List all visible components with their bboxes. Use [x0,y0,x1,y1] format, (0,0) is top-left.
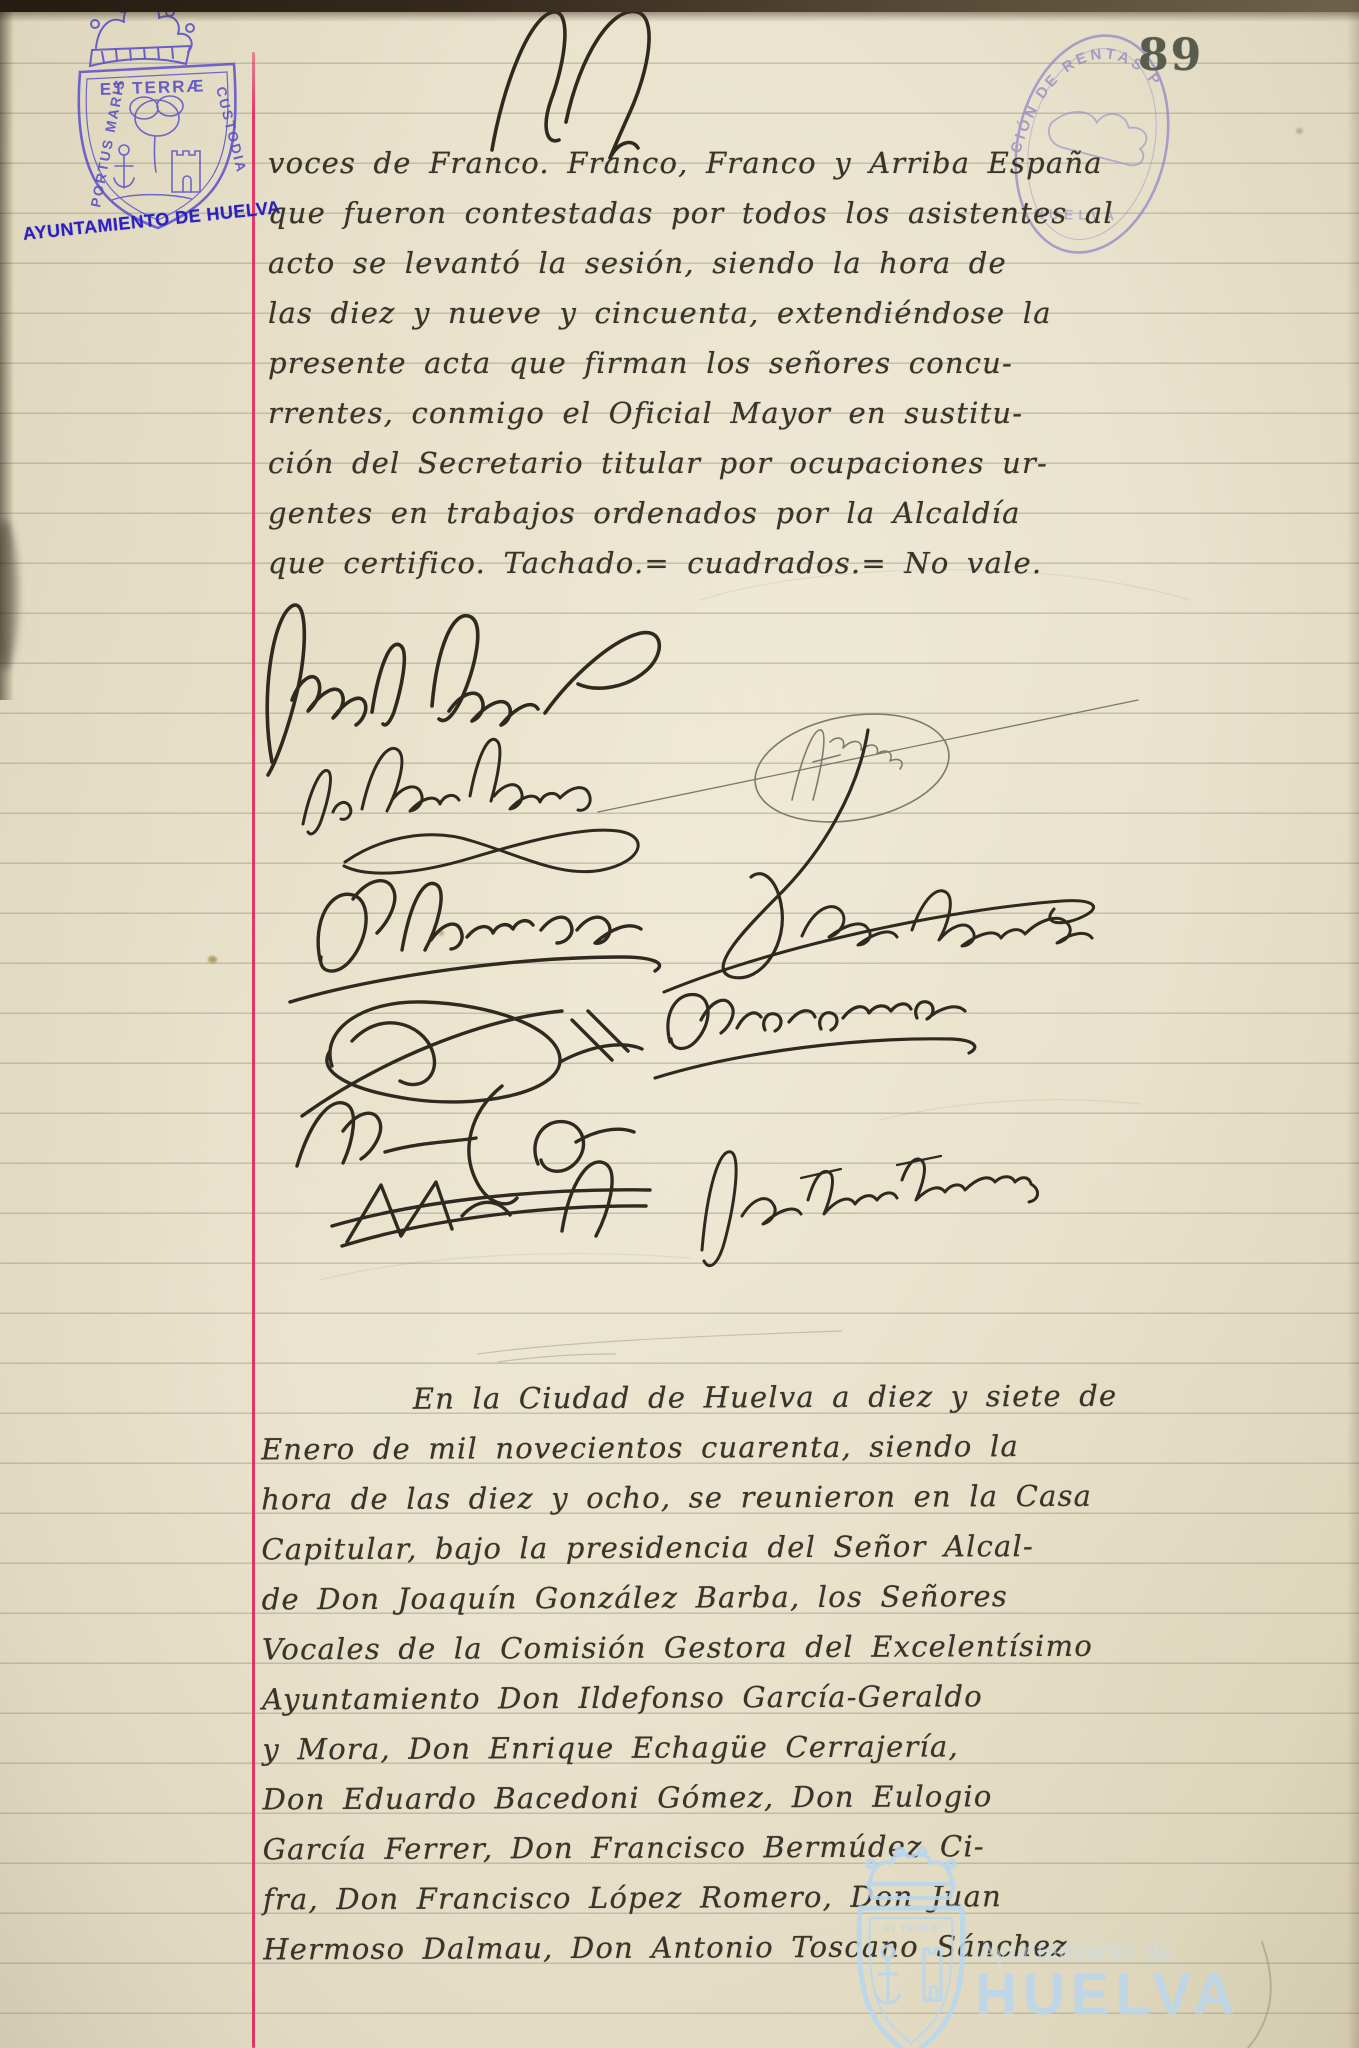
watermark-line2: HUELVA [975,1962,1241,2027]
manuscript-page: ET TERRÆ PORTUS MARIS CUSTODIA AYUNTAMIE… [0,0,1359,2048]
huelva-watermark: ET TERRÆ Ayuntamiento de HUELVA [0,0,1359,2048]
watermark-crown-icon [868,1849,955,1899]
watermark-motto: ET TERRÆ [884,1924,939,1934]
